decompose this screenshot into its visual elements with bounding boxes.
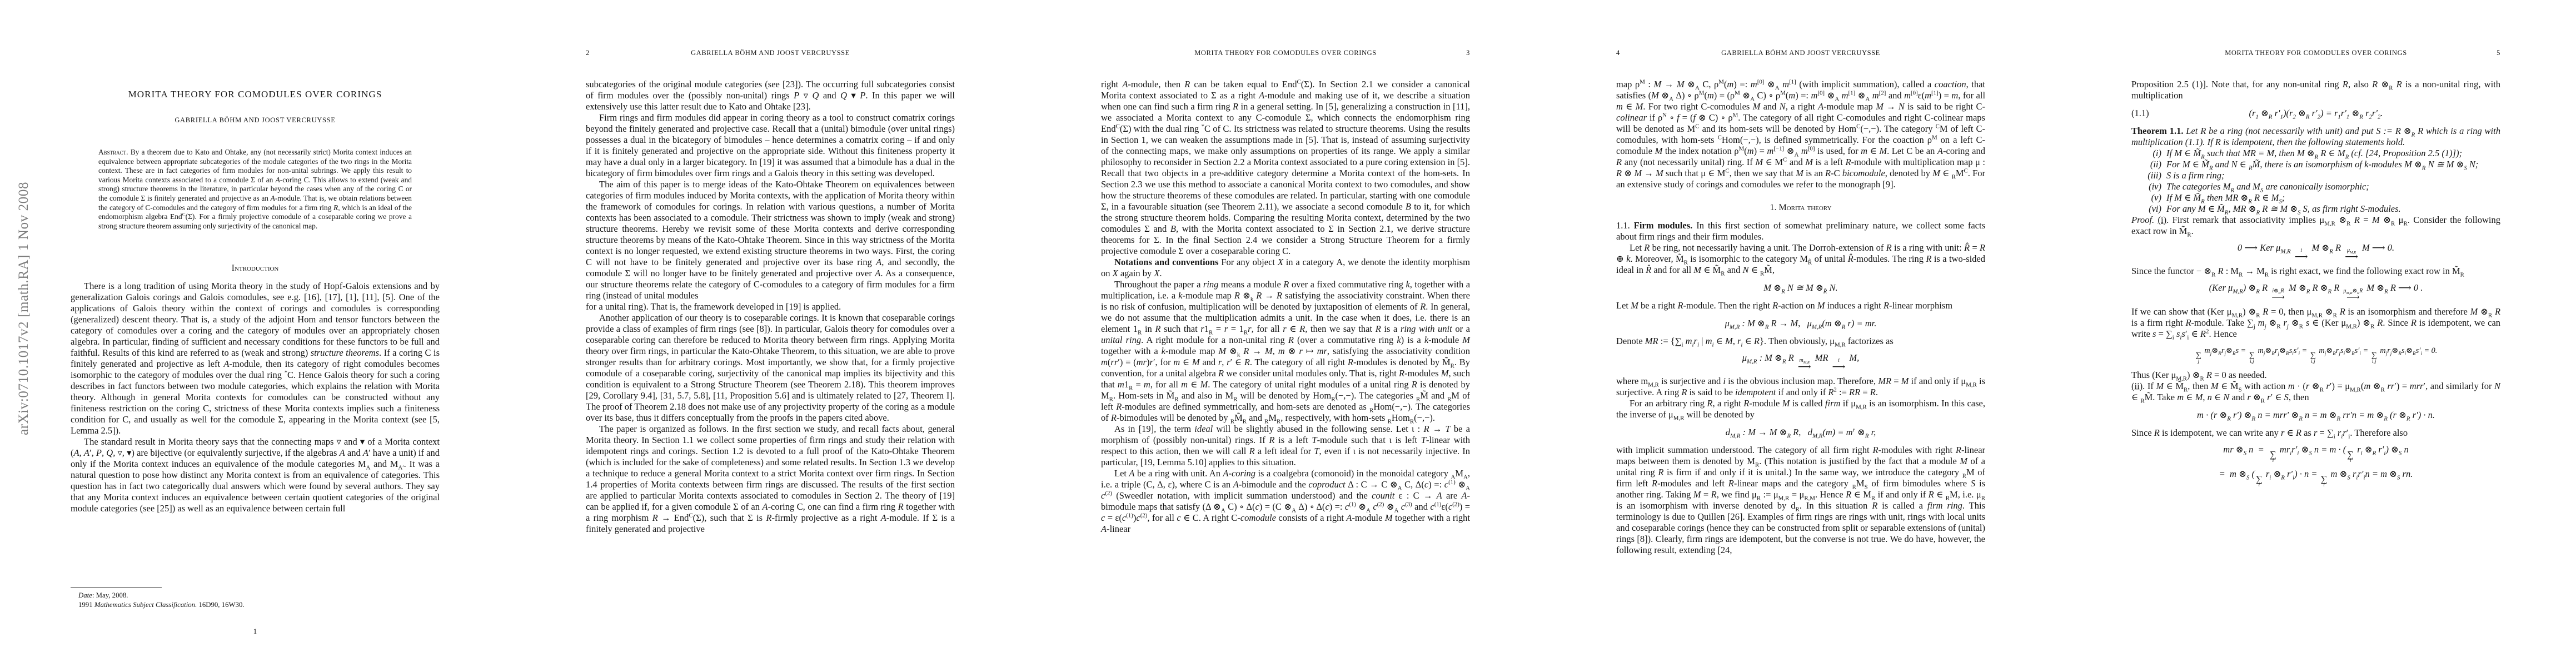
display-equation: mr ⊗S n = ∑i mrir′i ⊗S n = m · (∑i ri ⊗R… (2131, 444, 2500, 463)
running-head-title: GABRIELLA BÖHM AND JOOST VERCRUYSSE (586, 49, 955, 57)
page-number-right: 3 (1466, 49, 1470, 57)
display-equation: (Ker μM,R) ⊗R R i⊗RR⟶ M ⊗R R ⊗R R μM,R⊗R… (2131, 282, 2500, 300)
display-equation: (1.1)(r1 ⊗R r′1)(r2 ⊗R r′2) = r1r′1 ⊗R r… (2131, 107, 2500, 120)
paragraph: Throughout the paper a ring means a modu… (1101, 279, 1470, 424)
paragraph: 1.1. Firm modules. In this first section… (1616, 220, 1985, 242)
paragraph: Denote MR := {∑i miri | mi ∈ M, ri ∈ R}.… (1616, 336, 1985, 347)
paragraph: Another application of our theory is to … (586, 312, 955, 424)
display-equation: = m ⊗S (∑i ri ⊗R r′i) · n = ∑i m ⊗S rir′… (2131, 469, 2500, 487)
paragraph: Notations and conventions For any object… (1101, 257, 1470, 279)
paragraph: Proof. (i). First remark that associativ… (2131, 215, 2500, 237)
footnote-rule (71, 587, 162, 588)
paragraph: The standard result in Morita theory say… (71, 436, 440, 514)
page-body: Proposition 2.5 (1)]. Note that, for any… (2131, 79, 2500, 493)
page-number-bottom: 1 (71, 627, 440, 636)
paragraph: with implicit summation understood. The … (1616, 445, 1985, 556)
paragraph: If we can show that (Ker μM,R) ⊗R R = 0,… (2131, 306, 2500, 340)
paragraph: right A-module, then R can be taken equa… (1101, 79, 1470, 257)
paragraph: Thus (Ker μM,R) ⊗R R = 0 as needed. (2131, 370, 2500, 381)
paragraph: for a unital ring). That is, the framewo… (586, 301, 955, 312)
display-equation: M ⊗R N ≅ M ⊗R̂ N. (1616, 281, 1985, 295)
theorem-item: (ii)For M ∈ M̃R and N ∈ RM̃, there is an… (2131, 159, 2500, 170)
page-2: 2GABRIELLA BÖHM AND JOOST VERCRUYSSEsubc… (515, 0, 1030, 667)
theorem-item: (v)If M ∈ M̃R then MR ⊗R R ∈ MS; (2131, 192, 2500, 203)
paragraph: As in [19], the term ideal will be sligh… (1101, 424, 1470, 468)
page-body: map ρM : M → M ⊗A C, ρM(m) =: m[0] ⊗A m[… (1616, 79, 1985, 556)
paper-authors: GABRIELLA BÖHM AND JOOST VERCRUYSSE (71, 115, 440, 126)
paragraph: Theorem 1.1. Let R be a ring (not necess… (2131, 126, 2500, 148)
display-equation: 0 ⟶ Ker μM,R i⟶ M ⊗R R μM,R⟶ M ⟶ 0. (2131, 242, 2500, 260)
section-heading: Introduction (71, 263, 440, 274)
paragraph: The paper is organized as follows. In th… (586, 424, 955, 535)
display-equation: μM,R : M ⊗R R mM,R⟶ MR i⟶ M, (1616, 352, 1985, 370)
paragraph: The aim of this paper is to merge ideas … (586, 179, 955, 301)
paragraph: Let A be a ring with unit. An A-coring i… (1101, 468, 1470, 535)
paper-canvas: arXiv:0710.1017v2 [math.RA] 1 Nov 2008MO… (0, 0, 2576, 667)
display-equation: m · (r ⊗R r′) ⊗R n = mrr′ ⊗R n = m ⊗R rr… (2131, 409, 2500, 422)
footnote: Date: May, 2008.1991 Mathematics Subject… (71, 587, 440, 609)
paragraph: subcategories of the original module cat… (586, 79, 955, 112)
page-1: arXiv:0710.1017v2 [math.RA] 1 Nov 2008MO… (0, 0, 515, 667)
abstract: Abstract. By a theorem due to Kato and O… (98, 148, 412, 231)
paragraph: where mM,R is surjective and i is the ob… (1616, 376, 1985, 398)
paragraph: map ρM : M → M ⊗A C, ρM(m) =: m[0] ⊗A m[… (1616, 79, 1985, 190)
paragraph: Let R be ring, not necessarily having a … (1616, 242, 1985, 276)
page-body: subcategories of the original module cat… (586, 79, 955, 535)
paragraph: Since the functor − ⊗R R : MR → MR is ri… (2131, 266, 2500, 277)
footnote-line: 1991 Mathematics Subject Classification.… (71, 600, 440, 610)
display-equation: ∑j mj⊗Rrj⊗Rs = ∑i,j mj⊗Rrj⊗Rsis′i = ∑i,j… (2131, 345, 2500, 364)
paragraph: For an arbitrary ring R, a right R-modul… (1616, 398, 1985, 420)
section-heading: 1. Morita theory (1616, 202, 1985, 213)
theorem-item: (vi)For any M ∈ M̃R, MR ⊗R R ≅ M ⊗S S, a… (2131, 203, 2500, 215)
page-body: MORITA THEORY FOR COMODULES OVER CORINGS… (71, 79, 440, 514)
page-4: 4GABRIELLA BÖHM AND JOOST VERCRUYSSEmap … (1546, 0, 2061, 667)
page-number-right: 5 (2497, 49, 2500, 57)
page-5: MORITA THEORY FOR COMODULES OVER CORINGS… (2061, 0, 2576, 667)
display-equation: dM,R : M → M ⊗R R, dM,R(m) = mr ⊗R r, (1616, 426, 1985, 439)
paragraph: Firm rings and firm modules did appear i… (586, 112, 955, 179)
running-head-title: MORITA THEORY FOR COMODULES OVER CORINGS (2131, 49, 2500, 57)
footnote-line: Date: May, 2008. (71, 591, 440, 600)
paragraph: Since R is idempotent, we can write any … (2131, 427, 2500, 439)
running-head-title: MORITA THEORY FOR COMODULES OVER CORINGS (1101, 49, 1470, 57)
theorem-item: (i)If M ∈ M̃R such that MR = M, then M ⊗… (2131, 148, 2500, 159)
page-body: right A-module, then R can be taken equa… (1101, 79, 1470, 535)
page-3: MORITA THEORY FOR COMODULES OVER CORINGS… (1030, 0, 1546, 667)
paragraph: Let M be a right R-module. Then the righ… (1616, 300, 1985, 311)
display-equation: μM,R : M ⊗R R → M, μM,R(m ⊗R r) = mr. (1616, 317, 1985, 330)
arxiv-stamp: arXiv:0710.1017v2 [math.RA] 1 Nov 2008 (16, 136, 33, 481)
theorem-item: (iv)The categories MR and MS are canonic… (2131, 181, 2500, 192)
running-head-title: GABRIELLA BÖHM AND JOOST VERCRUYSSE (1616, 49, 1985, 57)
paragraph: Proposition 2.5 (1)]. Note that, for any… (2131, 79, 2500, 101)
theorem-item: (iii)S is a firm ring; (2131, 170, 2500, 181)
equation-tag: (1.1) (2131, 108, 2149, 119)
paragraph: (ii). If M ∈ M̃R, then M ∈ M̃S with acti… (2131, 381, 2500, 403)
paper-title: MORITA THEORY FOR COMODULES OVER CORINGS (71, 89, 440, 100)
paragraph: There is a long tradition of using Morit… (71, 281, 440, 436)
